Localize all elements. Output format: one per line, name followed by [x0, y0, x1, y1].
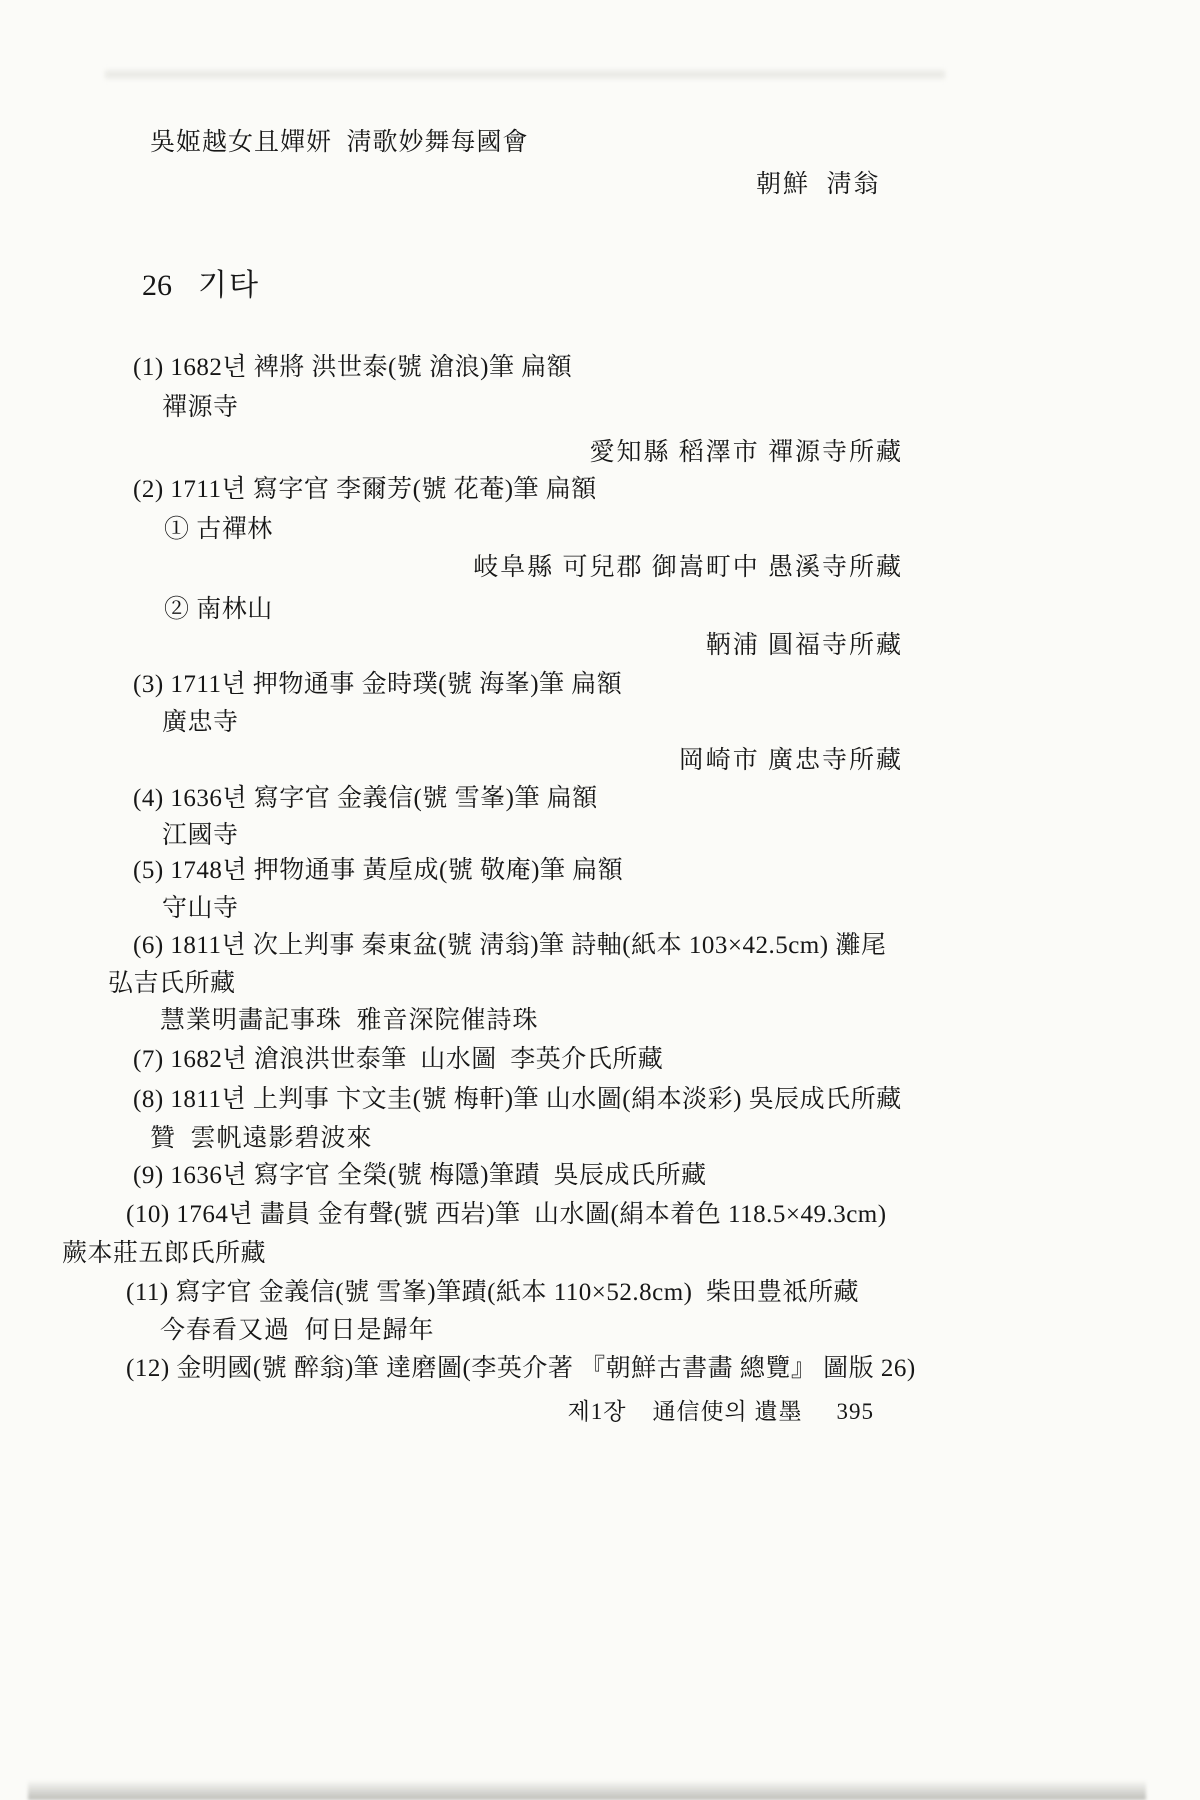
- entry-6-main-line-2: 弘吉氏所藏: [108, 969, 236, 999]
- poem-signature: 朝鮮 淸翁: [756, 170, 881, 200]
- entry-1-title: 禪源寺: [162, 393, 239, 423]
- entry-6-poem: 慧業明畵記事珠 雅音深院催詩珠: [160, 1006, 539, 1036]
- entry-10-main-line-1: (10) 1764년 畵員 金有聲(號 西岩)筆 山水圖(絹本着色 118.5×…: [126, 1200, 887, 1230]
- section-title: 기타: [198, 269, 260, 302]
- entry-4-title: 江國寺: [162, 821, 239, 851]
- entry-1-main: (1) 1682년 裨將 洪世泰(號 滄浪)筆 扁額: [133, 353, 572, 383]
- page-footer: 제1장通信使의 遺墨395: [568, 1398, 874, 1426]
- book-page: 吳姬越女且嬋妍 淸歌妙舞每國會 朝鮮 淸翁 26기타 (1) 1682년 裨將 …: [0, 0, 1200, 1800]
- entry-3-title: 廣忠寺: [162, 708, 239, 738]
- entry-10-main-line-2: 蕨本莊五郎氏所藏: [62, 1239, 266, 1269]
- entry-2-collection-2: 鞆浦 圓福寺所藏: [706, 631, 903, 661]
- scan-artifact-bottom: [28, 1780, 1146, 1800]
- entry-8-poem: 贊 雲帆遠影碧波來: [150, 1124, 373, 1154]
- entry-5-main: (5) 1748년 押物通事 黃垕成(號 敬庵)筆 扁額: [133, 856, 623, 886]
- entry-12-main: (12) 金明國(號 醉翁)筆 達磨圖(李英介著 『朝鮮古書畵 總覽』 圖版 2…: [126, 1354, 916, 1384]
- entry-11-main: (11) 寫字官 金義信(號 雪峯)筆蹟(紙本 110×52.8cm) 柴田豊祗…: [126, 1278, 859, 1308]
- entry-2-sub-1: ① 古禪林: [164, 515, 273, 545]
- footer-page-number: 395: [837, 1399, 875, 1424]
- entry-5-title: 守山寺: [162, 894, 239, 924]
- entry-7-main: (7) 1682년 滄浪洪世泰筆 山水圖 李英介氏所藏: [133, 1045, 663, 1075]
- header-poem: 吳姬越女且嬋妍 淸歌妙舞每國會: [150, 128, 529, 158]
- entry-11-poem: 今春看又過 何日是歸年: [160, 1316, 435, 1346]
- entry-9-main: (9) 1636년 寫字官 全榮(號 梅隱)筆蹟 吳辰成氏所藏: [133, 1161, 706, 1191]
- entry-6-main-line-1: (6) 1811년 次上判事 秦東盆(號 淸翁)筆 詩軸(紙本 103×42.5…: [133, 931, 886, 961]
- scan-artifact-top: [105, 68, 945, 81]
- entry-2-collection-1: 岐阜縣 可兒郡 御嵩町中 愚溪寺所藏: [473, 553, 903, 583]
- footer-chapter: 제1장: [568, 1399, 627, 1424]
- section-number: 26: [142, 269, 172, 302]
- entry-1-collection: 愛知縣 稻澤市 禪源寺所藏: [589, 438, 903, 468]
- entry-2-main: (2) 1711년 寫字官 李爾芳(號 花菴)筆 扁額: [133, 475, 597, 505]
- footer-section-title: 通信使의 遺墨: [653, 1399, 803, 1424]
- section-heading: 26기타: [142, 268, 260, 304]
- entry-3-collection: 岡崎市 廣忠寺所藏: [679, 746, 903, 776]
- entry-4-main: (4) 1636년 寫字官 金義信(號 雪峯)筆 扁額: [133, 784, 598, 814]
- entry-3-main: (3) 1711년 押物通事 金時璞(號 海峯)筆 扁額: [133, 670, 622, 700]
- entry-2-sub-2: ② 南林山: [164, 595, 273, 625]
- entry-8-main: (8) 1811년 上判事 卞文圭(號 梅軒)筆 山水圖(絹本淡彩) 吳辰成氏所…: [133, 1085, 902, 1115]
